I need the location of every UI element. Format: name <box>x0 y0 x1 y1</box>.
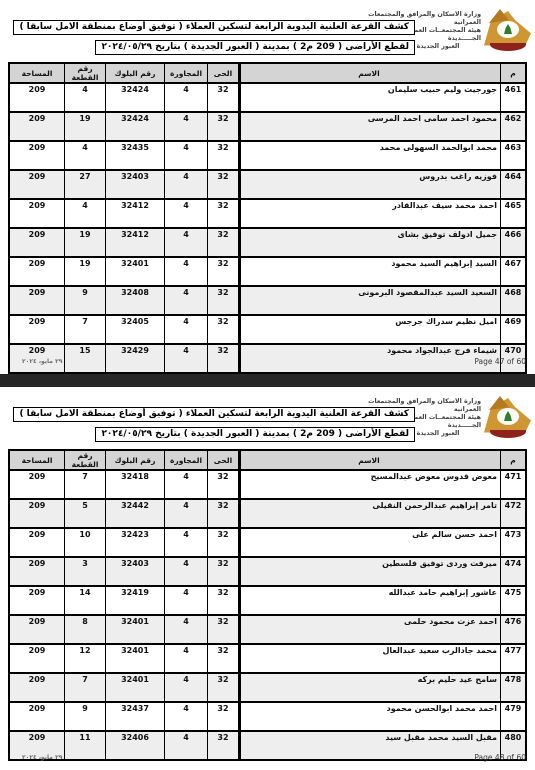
cell-name: محمد جادالرب سعيد عبدالعال <box>240 644 501 673</box>
cell-plot_no: 8 <box>65 615 106 644</box>
table-row: 469اميل نظيم سدراك جرجس324324057209 <box>9 315 526 344</box>
cell-plot_no: 19 <box>65 112 106 141</box>
cell-name: جورجيت وليم حبيب سليمان <box>240 83 501 112</box>
cell-plot_no: 9 <box>65 702 106 731</box>
table-row: 477محمد جادالرب سعيد عبدالعال32432401122… <box>9 644 526 673</box>
cell-district: 32 <box>208 83 240 112</box>
cell-block_no: 32424 <box>106 83 165 112</box>
cell-block_no: 32406 <box>106 731 165 760</box>
cell-district: 32 <box>208 731 240 760</box>
footer-page-number: Page 47 of 60 <box>474 357 526 366</box>
cell-name: شيماء فرج عبدالجواد محمود <box>240 344 501 373</box>
cell-adjacent: 4 <box>165 673 208 702</box>
header-adjacent: المجاورة <box>165 63 208 83</box>
cell-plot_no: 7 <box>65 470 106 499</box>
cell-district: 32 <box>208 615 240 644</box>
table-header-row: م الاسم الحى المجاورة رقم البلوك رقم الق… <box>9 63 526 83</box>
footer-date: ٢٩ مايو، ٢٠٢٤ <box>22 754 62 761</box>
cell-adjacent: 4 <box>165 315 208 344</box>
cell-no: 461 <box>501 83 527 112</box>
cell-area: 209 <box>9 470 65 499</box>
cell-adjacent: 4 <box>165 228 208 257</box>
table-row: 470شيماء فرج عبدالجواد محمود324324291520… <box>9 344 526 373</box>
cell-block_no: 32401 <box>106 257 165 286</box>
header-name: الاسم <box>240 450 501 470</box>
cell-district: 32 <box>208 586 240 615</box>
cell-adjacent: 4 <box>165 344 208 373</box>
table-row: 464فوزيه راغب بدروس3243240327209 <box>9 170 526 199</box>
table-row: 478سامح عيد حليم بركه324324017209 <box>9 673 526 702</box>
cell-area: 209 <box>9 286 65 315</box>
report-title-line1: كشف القرعة العلنية اليدوية الرابعة لتسكي… <box>13 20 415 35</box>
cell-block_no: 32419 <box>106 586 165 615</box>
table-row: 479احمد محمد ابوالحسن محمود324324379209 <box>9 702 526 731</box>
cell-block_no: 32424 <box>106 112 165 141</box>
cell-adjacent: 4 <box>165 702 208 731</box>
cell-area: 209 <box>9 257 65 286</box>
cell-plot_no: 5 <box>65 499 106 528</box>
cell-area: 209 <box>9 499 65 528</box>
cell-area: 209 <box>9 702 65 731</box>
cell-area: 209 <box>9 112 65 141</box>
cell-block_no: 32405 <box>106 315 165 344</box>
cell-name: معوض قدوس معوض عبدالمسيح <box>240 470 501 499</box>
cell-no: 477 <box>501 644 527 673</box>
cell-district: 32 <box>208 315 240 344</box>
report-title-line1: كشف القرعة العلنية اليدوية الرابعة لتسكي… <box>13 407 415 422</box>
cell-no: 468 <box>501 286 527 315</box>
cell-plot_no: 15 <box>65 344 106 373</box>
cell-adjacent: 4 <box>165 528 208 557</box>
cell-district: 32 <box>208 228 240 257</box>
cell-plot_no: 19 <box>65 228 106 257</box>
cell-district: 32 <box>208 344 240 373</box>
header-adjacent: المجاورة <box>165 450 208 470</box>
cell-block_no: 32418 <box>106 470 165 499</box>
cell-district: 32 <box>208 528 240 557</box>
page-separator <box>0 374 535 387</box>
report-title-line2: لقطع الأراضى ( 209 م2 ) بمدينة ( العبور … <box>95 427 415 442</box>
cell-name: احمد حسن سالم على <box>240 528 501 557</box>
cell-plot_no: 19 <box>65 257 106 286</box>
cell-district: 32 <box>208 702 240 731</box>
cell-adjacent: 4 <box>165 731 208 760</box>
cell-block_no: 32429 <box>106 344 165 373</box>
header-district: الحى <box>208 450 240 470</box>
cell-name: احمد محمد سيف عبدالقادر <box>240 199 501 228</box>
document-page-47: وزارة الاسكان والمرافق والمجتمعات العمرا… <box>0 0 535 374</box>
cell-block_no: 32403 <box>106 170 165 199</box>
authority-logo-icon <box>483 396 531 440</box>
cell-district: 32 <box>208 673 240 702</box>
cell-name: احمد محمد ابوالحسن محمود <box>240 702 501 731</box>
cell-area: 209 <box>9 673 65 702</box>
cell-adjacent: 4 <box>165 141 208 170</box>
cell-area: 209 <box>9 557 65 586</box>
cell-district: 32 <box>208 644 240 673</box>
cell-name: مقبل السيد محمد مقبل سيد <box>240 731 501 760</box>
table-row: 475عاشور إبراهيم حامد عبدالله32432419142… <box>9 586 526 615</box>
cell-name: سامح عيد حليم بركه <box>240 673 501 702</box>
cell-no: 465 <box>501 199 527 228</box>
table-row: 474ميرفت وردى توفيق فلسطين324324033209 <box>9 557 526 586</box>
cell-name: جميل ادولف توفيق بشاى <box>240 228 501 257</box>
cell-plot_no: 27 <box>65 170 106 199</box>
cell-adjacent: 4 <box>165 644 208 673</box>
report-title-line2: لقطع الأراضى ( 209 م2 ) بمدينة ( العبور … <box>95 40 415 55</box>
cell-no: 475 <box>501 586 527 615</box>
cell-district: 32 <box>208 141 240 170</box>
document-page-48: وزارة الاسكان والمرافق والمجتمعات العمرا… <box>0 387 535 770</box>
cell-adjacent: 4 <box>165 557 208 586</box>
cell-name: محمود احمد سامى احمد المرسى <box>240 112 501 141</box>
cell-block_no: 32401 <box>106 644 165 673</box>
header-no: م <box>501 63 527 83</box>
header-area: المساحة <box>9 450 65 470</box>
cell-adjacent: 4 <box>165 170 208 199</box>
cell-plot_no: 7 <box>65 673 106 702</box>
cell-plot_no: 4 <box>65 199 106 228</box>
cell-area: 209 <box>9 170 65 199</box>
footer-page-number: Page 48 of 60 <box>474 753 526 762</box>
allotment-table-page1: م الاسم الحى المجاورة رقم البلوك رقم الق… <box>8 62 527 374</box>
cell-block_no: 32442 <box>106 499 165 528</box>
cell-plot_no: 4 <box>65 141 106 170</box>
cell-adjacent: 4 <box>165 586 208 615</box>
header-plot-no: رقم القطعة <box>65 450 106 470</box>
header-block-no: رقم البلوك <box>106 450 165 470</box>
cell-block_no: 32437 <box>106 702 165 731</box>
logo-red-band <box>490 430 526 438</box>
cell-plot_no: 10 <box>65 528 106 557</box>
cell-name: عاشور إبراهيم حامد عبدالله <box>240 586 501 615</box>
cell-area: 209 <box>9 141 65 170</box>
table-row: 462محمود احمد سامى احمد المرسى3243242419… <box>9 112 526 141</box>
cell-district: 32 <box>208 257 240 286</box>
cell-name: السعيد السيد عبدالمقصود البرمونى <box>240 286 501 315</box>
cell-adjacent: 4 <box>165 615 208 644</box>
cell-area: 209 <box>9 315 65 344</box>
table-row: 471معوض قدوس معوض عبدالمسيح324324187209 <box>9 470 526 499</box>
cell-district: 32 <box>208 470 240 499</box>
header-area: المساحة <box>9 63 65 83</box>
cell-adjacent: 4 <box>165 199 208 228</box>
header-name: الاسم <box>240 63 501 83</box>
cell-block_no: 32423 <box>106 528 165 557</box>
table-row: 476احمد عزت محمود حلمى324324018209 <box>9 615 526 644</box>
cell-no: 476 <box>501 615 527 644</box>
header-no: م <box>501 450 527 470</box>
cell-block_no: 32435 <box>106 141 165 170</box>
cell-plot_no: 7 <box>65 315 106 344</box>
cell-plot_no: 11 <box>65 731 106 760</box>
cell-district: 32 <box>208 286 240 315</box>
cell-name: محمد ابوالحمد السهولى محمد <box>240 141 501 170</box>
cell-block_no: 32401 <box>106 673 165 702</box>
table-row: 467السيد إبراهيم السيد محمود324324011920… <box>9 257 526 286</box>
cell-no: 464 <box>501 170 527 199</box>
table-row: 466جميل ادولف توفيق بشاى3243241219209 <box>9 228 526 257</box>
cell-plot_no: 3 <box>65 557 106 586</box>
cell-adjacent: 4 <box>165 83 208 112</box>
cell-no: 463 <box>501 141 527 170</box>
cell-no: 472 <box>501 499 527 528</box>
cell-no: 469 <box>501 315 527 344</box>
table-row: 465احمد محمد سيف عبدالقادر324324124209 <box>9 199 526 228</box>
cell-name: احمد عزت محمود حلمى <box>240 615 501 644</box>
cell-no: 462 <box>501 112 527 141</box>
cell-name: تامر إبراهيم عبدالرحمن النقيلى <box>240 499 501 528</box>
cell-area: 209 <box>9 83 65 112</box>
table-row: 472تامر إبراهيم عبدالرحمن النقيلى3243244… <box>9 499 526 528</box>
table-row: 468السعيد السيد عبدالمقصود البرمونى32432… <box>9 286 526 315</box>
cell-adjacent: 4 <box>165 470 208 499</box>
table-row: 461جورجيت وليم حبيب سليمان324324244209 <box>9 83 526 112</box>
cell-no: 473 <box>501 528 527 557</box>
cell-area: 209 <box>9 615 65 644</box>
cell-block_no: 32412 <box>106 199 165 228</box>
cell-area: 209 <box>9 644 65 673</box>
cell-block_no: 32408 <box>106 286 165 315</box>
cell-area: 209 <box>9 228 65 257</box>
cell-area: 209 <box>9 199 65 228</box>
cell-no: 478 <box>501 673 527 702</box>
cell-area: 209 <box>9 586 65 615</box>
cell-plot_no: 9 <box>65 286 106 315</box>
footer-date: ٢٩ مايو، ٢٠٢٤ <box>22 358 62 365</box>
logo-red-band <box>490 43 526 51</box>
cell-name: فوزيه راغب بدروس <box>240 170 501 199</box>
cell-adjacent: 4 <box>165 499 208 528</box>
cell-name: ميرفت وردى توفيق فلسطين <box>240 557 501 586</box>
cell-plot_no: 14 <box>65 586 106 615</box>
table-row: 473احمد حسن سالم على3243242310209 <box>9 528 526 557</box>
authority-logo-icon <box>483 9 531 53</box>
table-row: 463محمد ابوالحمد السهولى محمد32432435420… <box>9 141 526 170</box>
cell-no: 479 <box>501 702 527 731</box>
table-header-row: م الاسم الحى المجاورة رقم البلوك رقم الق… <box>9 450 526 470</box>
cell-plot_no: 12 <box>65 644 106 673</box>
cell-no: 467 <box>501 257 527 286</box>
cell-no: 471 <box>501 470 527 499</box>
cell-adjacent: 4 <box>165 257 208 286</box>
cell-block_no: 32401 <box>106 615 165 644</box>
cell-district: 32 <box>208 557 240 586</box>
cell-plot_no: 4 <box>65 83 106 112</box>
cell-district: 32 <box>208 499 240 528</box>
cell-no: 466 <box>501 228 527 257</box>
cell-block_no: 32403 <box>106 557 165 586</box>
table-row: 480مقبل السيد محمد مقبل سيد3243240611209 <box>9 731 526 760</box>
header-district: الحى <box>208 63 240 83</box>
cell-block_no: 32412 <box>106 228 165 257</box>
cell-name: اميل نظيم سدراك جرجس <box>240 315 501 344</box>
header-plot-no: رقم القطعة <box>65 63 106 83</box>
cell-no: 474 <box>501 557 527 586</box>
cell-adjacent: 4 <box>165 112 208 141</box>
header-block-no: رقم البلوك <box>106 63 165 83</box>
cell-area: 209 <box>9 528 65 557</box>
cell-name: السيد إبراهيم السيد محمود <box>240 257 501 286</box>
cell-district: 32 <box>208 170 240 199</box>
allotment-table-page2: م الاسم الحى المجاورة رقم البلوك رقم الق… <box>8 449 527 761</box>
cell-district: 32 <box>208 112 240 141</box>
cell-district: 32 <box>208 199 240 228</box>
cell-adjacent: 4 <box>165 286 208 315</box>
